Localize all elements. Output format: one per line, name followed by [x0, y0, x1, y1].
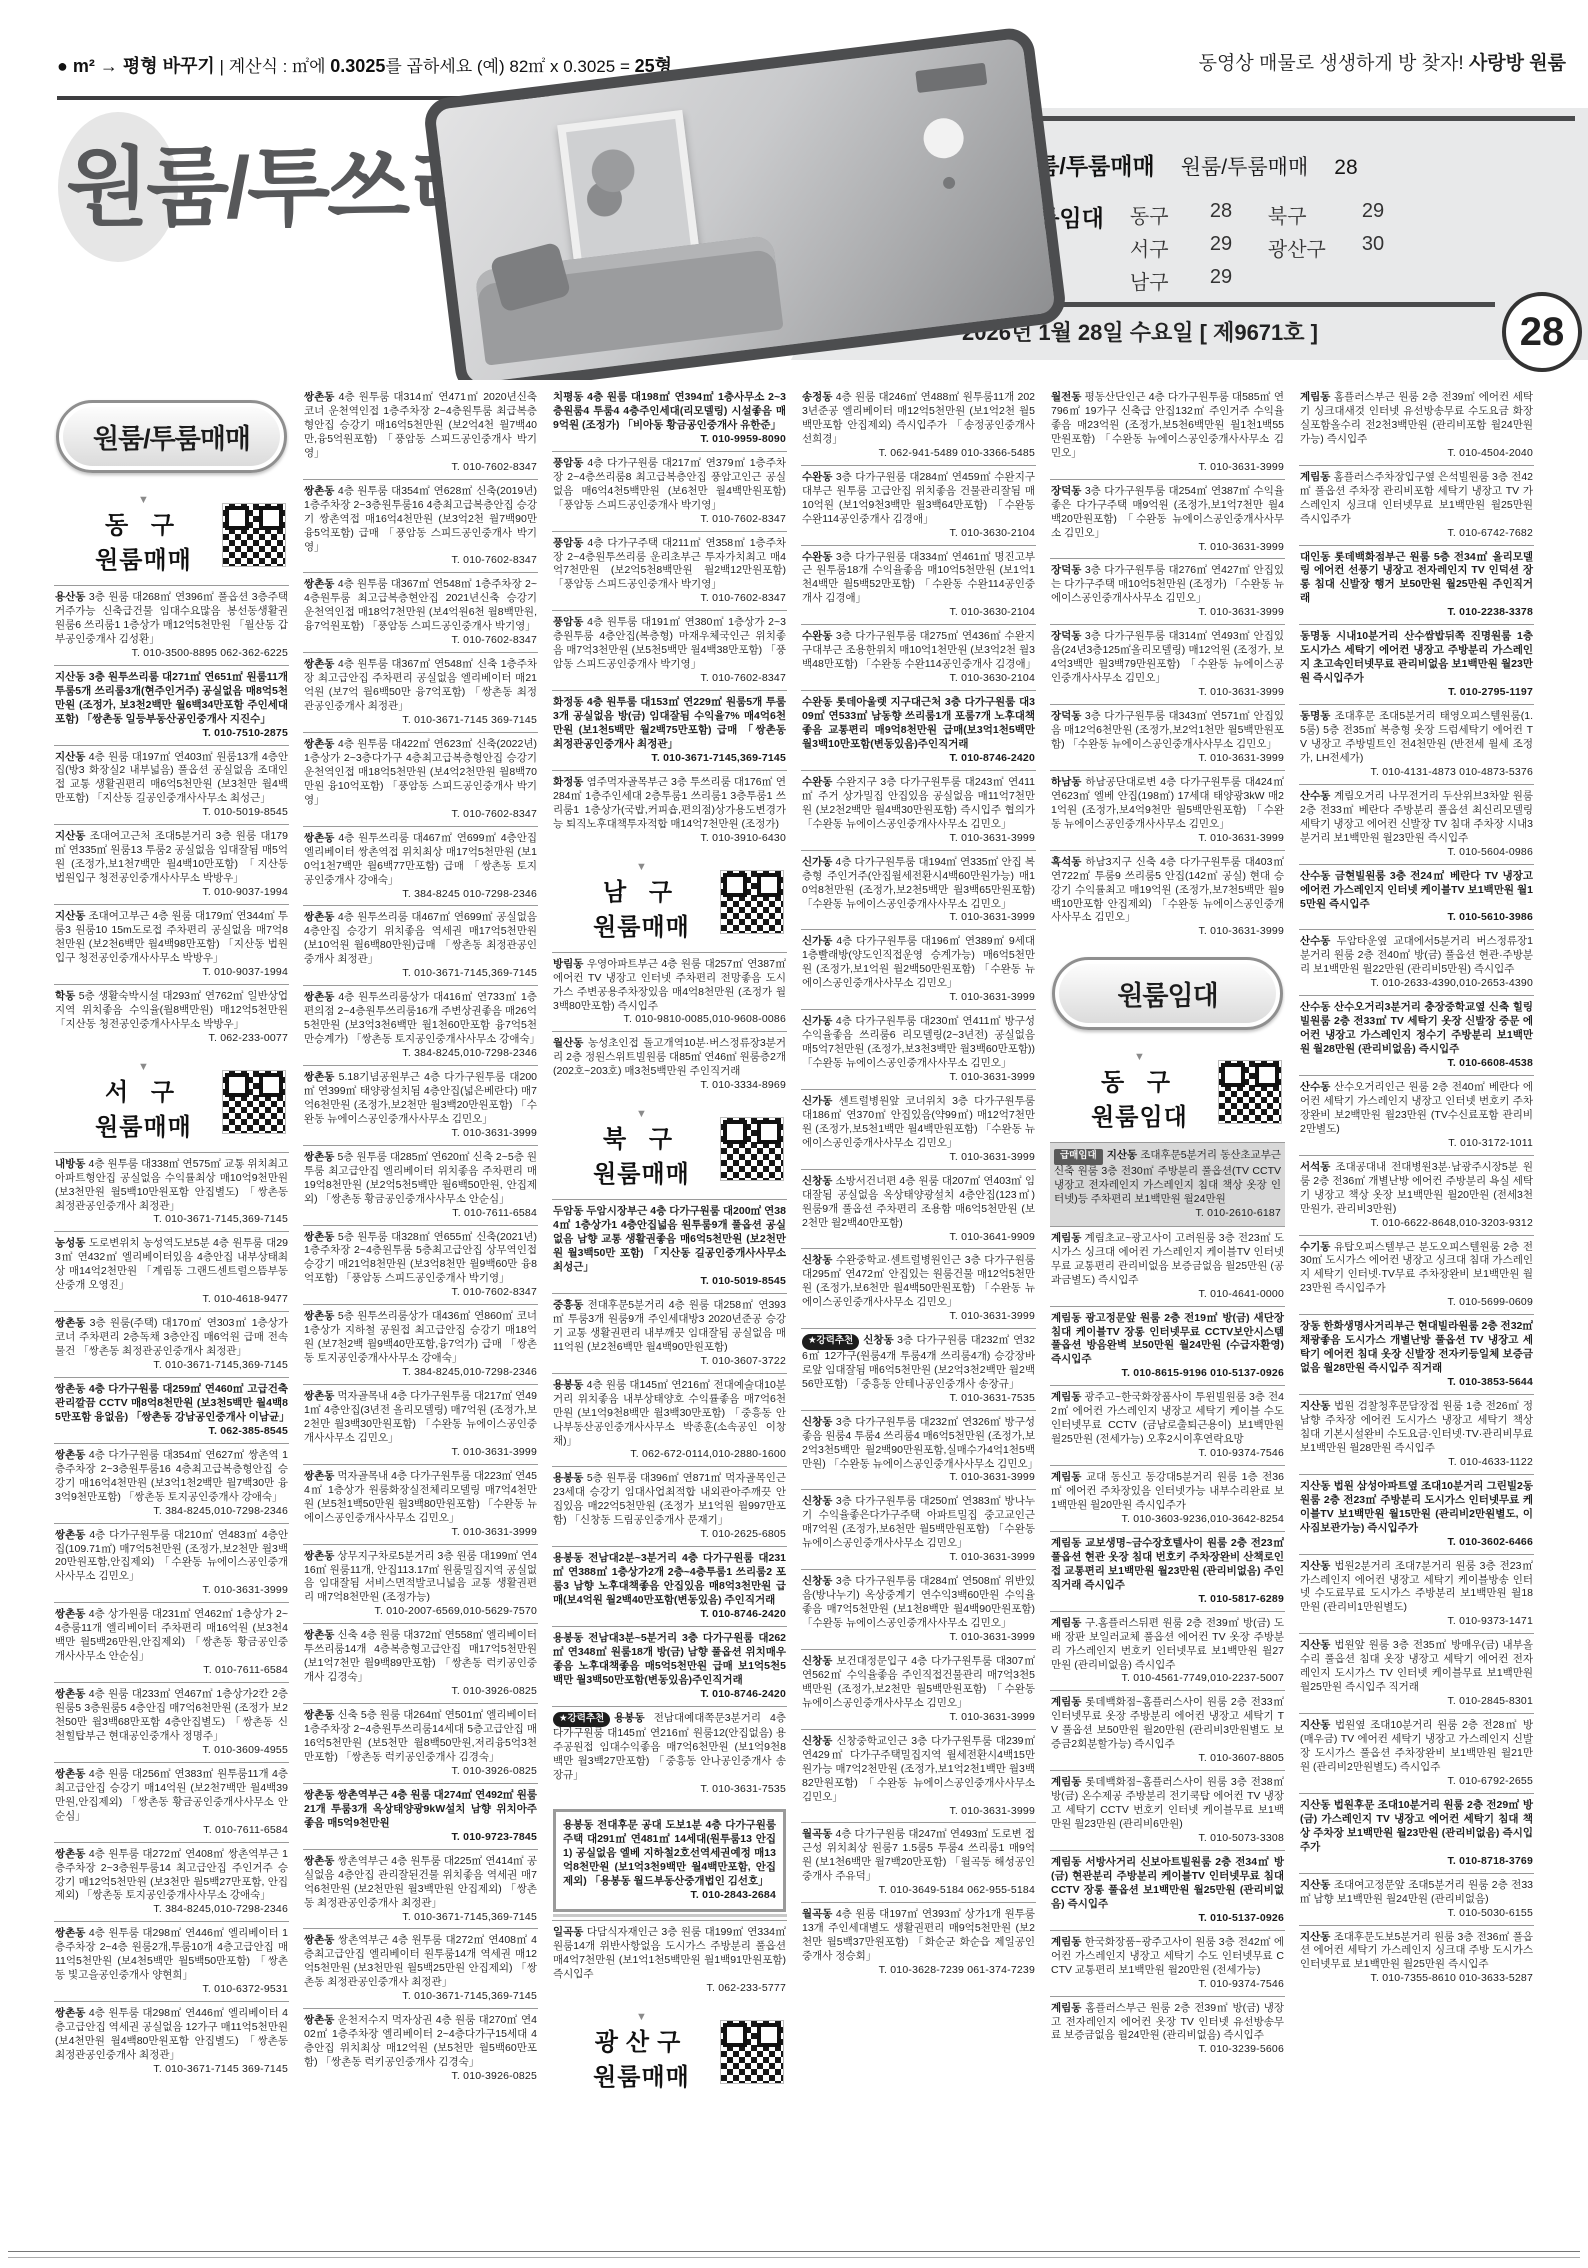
listing-location: 장덕동	[1051, 710, 1081, 722]
formula-number: 0.3025	[330, 56, 385, 76]
listing-phone: T. 010-5610-3986	[1300, 911, 1533, 925]
listing-location: 방림동	[553, 958, 583, 970]
masthead: ● m² → 평형 바꾸기 | 계산식 : ㎡에 0.3025를 곱하세요 (예…	[0, 0, 1588, 380]
listing-location: 내방동	[55, 1158, 85, 1170]
listing-location: 지산동	[55, 830, 85, 842]
listing: 계림동 교대 동신고 동강대5분거리 원룸 1층 전36㎡ 에어컨 주차장있음 …	[1050, 1465, 1285, 1531]
listing-phone: T. 010-3926-0825	[304, 1685, 537, 1699]
room-photo-collage	[422, 26, 1068, 380]
listing: 농성동 도로변위치 농성역도보5분 4층 원투룸 대293㎡ 연432㎡ 엘리베…	[54, 1231, 289, 1311]
listing: 용산동 3층 원룸 대268㎡ 연396㎡ 풀옵션 3층주택거주가능 신축급건물…	[54, 585, 289, 665]
listing: 월산동 농성초인접 돌고개역10분·버스정류장3분거리 2층 정원스위트빌원룸 …	[552, 1031, 787, 1097]
listing: 쌍촌동 먹자골목내 4층 다가구원투룸 대223㎡ 연454㎡ 1층상가 원룸화…	[303, 1464, 538, 1544]
listing-location: 계림동	[1051, 1537, 1081, 1549]
listing: 방림동 우영아파트부근 4층 원룸 대257㎡ 연387㎡ 에어컨 TV 냉장고…	[552, 952, 787, 1032]
listing: 장덕동 3층 다가구원투룸 대254㎡ 연387㎡ 수익율좋은 다가구주택 매9…	[1050, 479, 1285, 559]
listing-phone: T. 010-3631-3999	[802, 1711, 1035, 1725]
listing: 산수동 금현빌원룸 3층 전24㎡ 베란다 TV 냉장고 에어컨 가스레인지 인…	[1299, 864, 1534, 930]
listing: 신가동 4층 다가구원투룸 대230㎡ 연411㎡ 방구성 수익율좋음 쓰리룸6…	[801, 1009, 1036, 1089]
listing-location: 지산동	[1300, 1931, 1330, 1943]
listing-location: 수완동	[802, 630, 832, 642]
listing-phone: T. 010-3172-1011	[1300, 1137, 1533, 1151]
listing: 풍암동 4층 다가구주택 대211㎡ 연358㎡ 1층주차장 2~4층원투쓰리룸…	[552, 531, 787, 611]
listing-phone: T. 062-233-0077	[55, 1032, 288, 1046]
listing-phone: T. 010-3641-9909	[802, 1231, 1035, 1245]
listing-location: 쌍촌동	[304, 1855, 334, 1867]
listing-phone: T. 010-8746-2420	[802, 752, 1035, 766]
listing-phone: T. 010-7355-8610 010-3633-5287	[1300, 1972, 1533, 1986]
promo-plain: 동영상 매물로 생생하게 방 찾자!	[1199, 53, 1469, 74]
column-5: 월전동 평동산단인근 4층 다가구원투룸 대585㎡ 연796㎡ 19가구 신축…	[1050, 386, 1285, 2254]
listing-phone: T. 010-3671-7145,369-7145	[55, 1213, 288, 1227]
listing-phone: T. 010-3926-0825	[304, 1765, 537, 1779]
classifieds-columns: 원룸/투룸매매▼동 구원룸매매용산동 3층 원룸 대268㎡ 연396㎡ 풀옵션…	[0, 380, 1588, 2254]
listing-location: 수완동	[802, 696, 832, 708]
section-pill-label: 원룸/투룸매매	[93, 424, 250, 454]
listing-phone: T. 010-3334-8969	[553, 1079, 786, 1093]
listing-location: 송정동	[802, 391, 832, 403]
listing-location: 수완동	[802, 551, 832, 563]
listing-phone: T. 010-9037-1994	[55, 966, 288, 980]
listing-phone: T. 010-3628-7239 061-374-7239	[802, 1964, 1035, 1978]
listing-phone: T. 010-3239-5606	[1051, 2043, 1284, 2057]
listing-phone: T. 010-7611-6584	[55, 1824, 288, 1838]
listing-phone: T. 010-7611-6584	[55, 1664, 288, 1678]
listing-location: 쌍촌동	[304, 2014, 334, 2026]
listing: 수기동 유탑오피스텔부근 분도오피스텔원룸 2층 전30㎡ 도시가스 에어컨 냉…	[1299, 1235, 1534, 1315]
listing-location: 신창동	[802, 1416, 832, 1428]
qr-code-icon	[1219, 1061, 1281, 1123]
formula-text: | 계산식 : ㎡에	[215, 57, 330, 76]
listing: 서석동 조대공대내 전대병원3분·남광주시장5분 원룸 2층 전36㎡ 개별난방…	[1299, 1155, 1534, 1235]
listing-location: 계림동	[1051, 2002, 1081, 2014]
index-sale-name: 원룸/투룸매매	[1181, 151, 1309, 181]
listing-phone: T. 010-2845-8301	[1300, 1695, 1533, 1709]
listing: 치평동 4층 원룸 대198㎡ 연394㎡ 1층사무소 2~3층원룸4 투룸4 …	[552, 386, 787, 451]
listing-phone: T. 010-2843-2684	[563, 1889, 776, 1903]
listing-location: 쌍촌동	[55, 1768, 85, 1780]
listing-location: 동명동	[1300, 630, 1330, 642]
listing: 쌍촌동 4층 원룸 대256㎡ 연383㎡ 원투룸11개 4층최고급안집 승강기…	[54, 1762, 289, 1842]
section-pill: 원룸/투룸매매	[56, 400, 287, 473]
listing: 쌍촌동 쌍촌역부근 4층 원투룸 대272㎡ 연408㎡ 4층최고급안집 엘리베…	[303, 1928, 538, 2008]
listing: 쌍촌동 4층 원투쓰리룸 대467㎡ 연699㎡ 4층안집 엘리베이터 쌍촌역접…	[303, 826, 538, 906]
listing: 송정동 4층 원룸 대246㎡ 연488㎡ 원투룸11개 2023년준공 엘리베…	[801, 386, 1036, 465]
listing: 신창동 3층 다가구원투룸 대232㎡ 연326㎡ 방구성좋음 원룸4 투룸4 …	[801, 1410, 1036, 1490]
listing-phone: T. 010-9810-0085,010-9608-0086	[553, 1013, 786, 1027]
listing-location: 쌍촌동	[55, 1608, 85, 1620]
listing-location: 신창동	[802, 1254, 832, 1266]
triangle-marker-icon: ▼	[562, 862, 721, 872]
region-category: 원룸매매	[64, 1107, 223, 1142]
listing: 동명동 조대후문 조대5분거리 태영오피스텔원룸(1.5룸) 5층 전35㎡ 복…	[1299, 704, 1534, 784]
listing-phone: T. 062-672-0114,010-2880-1600	[553, 1448, 786, 1462]
listing-location: 치평동	[553, 391, 583, 403]
listing: 쌍촌동 4층 원투룸 대422㎡ 연623㎡ 신축(2022년) 1층상가 2~…	[303, 732, 538, 826]
listing-phone: T. 010-9723-7845	[304, 1831, 537, 1845]
listing-location: 용봉동	[563, 1819, 593, 1831]
listing-location: 풍암동	[553, 537, 583, 549]
listing: 지산동 3층 원투쓰리룸 대271㎡ 연651㎡ 원룸11개 투룸5개 쓰리룸3…	[54, 665, 289, 745]
listing-location: 쌍촌동	[55, 1449, 85, 1461]
listing-location: 계림동	[1300, 391, 1330, 403]
listing: 신창동 3층 다가구원투룸 대284㎡ 연508㎡ 위반있음(방나누기) 옥상중…	[801, 1569, 1036, 1649]
region-district: 북 구	[562, 1119, 721, 1154]
listing: 산수동 두암타운옆 교대에서5분거리 버스정류장1분거리 원룸 2층 전40㎡ …	[1299, 929, 1534, 995]
listing: 용봉동 4층 원룸 대145㎡ 연216㎡ 전대예술대10분거리 위치좋음 내부…	[552, 1373, 787, 1467]
listing-phone: T. 384-8245,010-7298-2346	[304, 1047, 537, 1061]
listing: 학동 5층 생활숙박시설 대293㎡ 연762㎡ 일반상업지역 위치좋음 수익율…	[54, 984, 289, 1050]
listing-phone: T. 010-3630-2104	[802, 527, 1035, 541]
listing-location: 쌍촌동	[304, 832, 334, 844]
listing: 쌍촌동 운천저수지 먹자상권 4층 원룸 대270㎡ 연402㎡ 1층주차장 엘…	[303, 2008, 538, 2088]
region-header: ▼북 구원룸매매	[552, 1097, 787, 1199]
listing-location: 화정동	[553, 776, 583, 788]
listing-location: 신창동	[863, 1334, 893, 1346]
listing: 동명동 시내10분거리 산수쌈밥뒤쪽 진명원룸 1층 도시가스 세탁기 에어컨 …	[1299, 624, 1534, 704]
listing: 신창동 보건대정문입구 4층 다가구원투룸 대307㎡ 연562㎡ 수익율좋음 …	[801, 1649, 1036, 1729]
listing: 쌍촌동 4층 원룸 대233㎡ 연467㎡ 1층상가2칸 2층원룸5 3층원룸5…	[54, 1682, 289, 1762]
listing-location: 산수동	[1300, 935, 1330, 947]
listing: 쌍촌동 5.18기념공원부근 4층 다가구원투룸 대200㎡ 연399㎡ 태양광…	[303, 1065, 538, 1145]
listing: 계림동 광고정문앞 원룸 2층 전19㎡ 방(금) 새단장 침대 케이블TV 장…	[1050, 1306, 1285, 1386]
listing-location: 쌍촌동	[55, 1688, 85, 1700]
listing: 계림동 광주고~한국화장품사이 투윈빌원룸 3층 전42㎡ 에어컨 가스레인지 …	[1050, 1385, 1285, 1465]
listing: 산수동 산수오거리인근 원룸 2층 전40㎡ 베란다 에어컨 세탁기 가스레인지…	[1299, 1075, 1534, 1155]
column-1: 원룸/투룸매매▼동 구원룸매매용산동 3층 원룸 대268㎡ 연396㎡ 풀옵션…	[54, 386, 289, 2254]
listing: 신창동 3층 다가구원투룸 대250㎡ 연383㎡ 방나누기 수익율좋은다가구주…	[801, 1489, 1036, 1569]
region-category: 원룸매매	[64, 540, 223, 575]
region-title: ▼북 구원룸매매	[562, 1109, 721, 1189]
listing-phone: T. 010-7602-8347	[553, 513, 786, 527]
listing-phone: T. 010-2625-6805	[553, 1528, 786, 1542]
listing-phone: T. 010-3607-3722	[553, 1355, 786, 1369]
listing-phone: T. 010-3671-7145,369-7145	[55, 1359, 288, 1373]
region-title: ▼서 구원룸매매	[64, 1062, 223, 1142]
listing-location: 학동	[55, 990, 75, 1002]
listing-location: 농성동	[55, 1237, 85, 1249]
region-category: 원룸임대	[1060, 1097, 1219, 1132]
listing-location: 쌍촌동	[304, 1629, 334, 1641]
listing-location: 용봉동	[614, 1712, 644, 1724]
listing: 장덕동 3층 다가구원투룸 대343㎡ 연571㎡ 안집있음 매12억6천만원 …	[1050, 704, 1285, 770]
promo-text: 동영상 매물로 생생하게 방 찾자! 사랑방 원룸	[1199, 48, 1566, 75]
qr-code-icon	[223, 1071, 285, 1133]
region-title: ▼남 구원룸매매	[562, 862, 721, 942]
listing: 화정동 4층 원투룸 대153㎡ 연229㎡ 원룸5개 투룸3개 공실없음 방(…	[552, 690, 787, 770]
listing: 지산동 4층 원룸 대197㎡ 연403㎡ 원룸13개 4층안집(방3 화장실2…	[54, 745, 289, 825]
listing-phone: T. 010-3926-0825	[304, 2070, 537, 2084]
listing: 쌍촌동 4층 원투룸 대272㎡ 연408㎡ 쌍촌역부근 1층주차장 2~3층원…	[54, 1842, 289, 1922]
listing: 쌍촌동 4층 원투룸 대367㎡ 연548㎡ 신축 1층주차장 최고급안집 주차…	[303, 652, 538, 732]
index-sale-row: 원룸/투룸매매 원룸/투룸매매 28	[1015, 148, 1358, 181]
urgent-lease-badge: 급매임대	[1054, 1149, 1103, 1165]
listing-phone: T. 010-6622-8648,010-3203-9312	[1300, 1217, 1533, 1231]
district-name: 남구	[1130, 266, 1192, 295]
listing-phone: T. 010-3630-2104	[802, 606, 1035, 620]
listing: 계림동 한국화장품~광주고사이 원룸 3층 전42㎡ 에어컨 가스레인지 냉장고…	[1050, 1930, 1285, 1996]
listing-location: 지산동	[55, 910, 85, 922]
district-page: 28	[1210, 200, 1250, 229]
conversion-formula: ● m² → 평형 바꾸기 | 계산식 : ㎡에 0.3025를 곱하세요 (예…	[57, 52, 672, 78]
listing-phone: T. 010-3671-7145,369-7145	[304, 1911, 537, 1925]
listing: 계림동 구.홈플러스뒤편 원룸 2층 전39㎡ 방(금) 도배 장판 보일러교체…	[1050, 1611, 1285, 1691]
listing-location: 하남동	[1051, 776, 1081, 788]
listing-location: 지산동	[1300, 1560, 1330, 1572]
listing-phone: T. 010-3671-7145 369-7145	[55, 2063, 288, 2077]
region-district: 동 구	[64, 505, 223, 540]
listing-location: 용봉동	[553, 1552, 583, 1564]
listing-location: 신가동	[802, 935, 832, 947]
listing: ★강력추천용봉동 전남대예대쪽문3분거리 4층 다가구원룸 대145㎡ 연216…	[552, 1706, 787, 1801]
listing-phone: T. 010-6792-2655	[1300, 1775, 1533, 1789]
listing: 쌍촌동 신축 4층 원룸 대372㎡ 연558㎡ 엘리베이터 투쓰리룸14개 4…	[303, 1623, 538, 1703]
listing-phone: T. 010-7602-8347	[553, 672, 786, 686]
listing-phone: T. 010-3631-3999	[802, 1310, 1035, 1324]
region-district: 광산구	[562, 2022, 721, 2057]
listing-location: 지산동	[55, 751, 85, 763]
listing-location: 일곡동	[553, 1926, 583, 1938]
listing-phone: T. 010-3631-3999	[304, 1526, 537, 1540]
listing: 월전동 평동산단인근 4층 다가구원투룸 대585㎡ 연796㎡ 19가구 신축…	[1050, 386, 1285, 479]
listing-location: 계림동	[1051, 1936, 1081, 1948]
listing-phone: T. 010-3631-3999	[802, 911, 1035, 925]
district-page: 29	[1362, 200, 1402, 229]
listing: 신가동 센트럴병원앞 코너위치 3층 다가구원투룸 대186㎡ 연370㎡ 안집…	[801, 1089, 1036, 1169]
listing-phone: T. 010-4641-0000	[1051, 1288, 1284, 1302]
listing-phone: T. 010-3630-2104	[802, 672, 1035, 686]
triangle-marker-icon: ▼	[562, 1109, 721, 1119]
region-district: 서 구	[64, 1072, 223, 1107]
listing-location: 쌍촌동	[304, 1071, 334, 1083]
listing-phone: T. 010-3607-8805	[1051, 1752, 1284, 1766]
listing-phone: T. 010-3631-3999	[1051, 541, 1284, 555]
listing-phone: T. 010-3631-3999	[304, 1446, 537, 1460]
triangle-marker-icon: ▼	[64, 495, 223, 505]
listing: 수완동 3층 다가구원룸 대334㎡ 연461㎡ 명진고부근 원투룸18개 수익…	[801, 545, 1036, 625]
listing-location: 지산동	[1300, 1719, 1330, 1731]
listing-location: 동명동	[1300, 710, 1330, 722]
qr-code-icon	[721, 2021, 783, 2083]
district-page: 29	[1210, 266, 1250, 295]
listing: 계림동 홈플러스부근 원룸 2층 전39㎡ 에어컨 세탁기 싱크대새것 인터넷 …	[1299, 386, 1534, 465]
listing: 계림동 롯데백화점~홈플러스사이 원룸 3층 전38㎡ 방(금) 온수제공 주방…	[1050, 1770, 1285, 1850]
listing-location: 용봉동	[553, 1632, 583, 1644]
listing-location: 풍암동	[553, 616, 583, 628]
listing-phone: T. 010-5030-6155	[1300, 1907, 1533, 1921]
district-page: 30	[1362, 233, 1402, 262]
listing: 신창동 수완중학교·센트럴병원인근 3층 다가구원룸 대295㎡ 연472㎡ 안…	[801, 1248, 1036, 1328]
listing-phone: T. 010-7602-8347	[304, 554, 537, 568]
listing-phone: T. 010-3649-5184 062-955-5184	[802, 1884, 1035, 1898]
column-3: 치평동 4층 원룸 대198㎡ 연394㎡ 1층사무소 2~3층원룸4 투룸4 …	[552, 386, 787, 2254]
listing: 풍암동 4층 원투룸 대191㎡ 연380㎡ 1층상가 2~3층원투룸 4층안집…	[552, 610, 787, 690]
listing: 쌍촌동 4층 원투룸 대354㎡ 연628㎡ 신축(2019년) 1층주차장 2…	[303, 479, 538, 573]
listing: 쌍촌동 먹자골목내 4층 다가구원투룸 대217㎡ 연491㎡ 4층안집(3년전…	[303, 1384, 538, 1464]
listing-phone: T. 062-385-8545	[55, 1425, 288, 1439]
listing: 계림동 홈플러스주차장입구옆 은석빌원룸 3층 전42㎡ 풀옵션 주차장 관리비…	[1299, 465, 1534, 545]
region-category: 원룸매매	[562, 907, 721, 942]
listing-location: 월곡동	[802, 1828, 832, 1840]
listing: 지산동 조대여고근처 조대5분거리 3층 원룸 대179㎡ 연335㎡ 원룸13…	[54, 824, 289, 904]
listing-phone: T. 010-3631-3999	[304, 1127, 537, 1141]
region-title: ▼동 구원룸매매	[64, 495, 223, 575]
listing: 쌍촌동 5층 원투룸 대285㎡ 연620㎡ 신축 2~5층 원투룸 최고급안집…	[303, 1145, 538, 1225]
listing-phone: T. 010-6372-9531	[55, 1983, 288, 1997]
listing: 지산동 조대여고정문앞 조대5분거리 원룸 2층 전33㎡ 남향 보1백만원 월…	[1299, 1873, 1534, 1925]
listing-location: 서석동	[1300, 1161, 1330, 1173]
formula-bold: ● m² → 평형 바꾸기	[57, 56, 215, 76]
region-header: ▼동 구원룸매매	[54, 483, 289, 585]
listing-phone: T. 010-3631-3999	[802, 1551, 1035, 1565]
listing-phone: T. 010-3631-7535	[802, 1392, 1035, 1406]
listing-location: 흑석동	[1051, 856, 1081, 868]
region-header: ▼광산구원룸매매	[552, 2000, 787, 2102]
listing-location: 신가동	[802, 1015, 832, 1027]
listing-location: 용산동	[55, 591, 85, 603]
listing-location: 지산동	[1300, 1480, 1330, 1492]
listing: 쌍촌동 4층 원투룸 대367㎡ 연548㎡ 1층주차장 2~4층원투룸 최고급…	[303, 572, 538, 652]
listing: 지산동 법원2분거리 조대7분거리 원룸 3층 전23㎡ 가스레인지 에어컨 냉…	[1299, 1554, 1534, 1634]
listing-phone: T. 010-3671-7145,369-7145	[304, 967, 537, 981]
listing-phone: T. 010-5019-8545	[55, 806, 288, 820]
listing-location: 쌍촌동	[55, 2007, 85, 2019]
listing-location: 신창동	[802, 1495, 832, 1507]
listing-location: 계림동	[1051, 1391, 1081, 1403]
qr-code-icon	[721, 1118, 783, 1180]
region-header: ▼동 구원룸임대	[1050, 1040, 1285, 1142]
listing-location: 중흥동	[553, 1299, 583, 1311]
listing-location: 두암동	[553, 1205, 583, 1217]
formula-example: 를 곱하세요 (예) 82㎡ x 0.3025 =	[385, 57, 634, 76]
listing: 신창동 신창중학교인근 3층 다가구원투룸 대239㎡ 연429㎡ 다가구주택밀…	[801, 1729, 1036, 1823]
listing: 쌍촌동 쌍촌역부근 4층 원투룸 대225㎡ 연414㎡ 공실없음 4층안집 관…	[303, 1849, 538, 1929]
listing-phone: T. 010-7602-8347	[304, 1286, 537, 1300]
listing-location: 쌍촌동	[55, 1383, 85, 1395]
listing: 내방동 4층 원투룸 대338㎡ 연575㎡ 교통 위치최고 아파트형안집 공실…	[54, 1152, 289, 1232]
listing-location: 쌍촌동	[304, 391, 334, 403]
listing-location: 지산동	[55, 671, 85, 683]
listing-location: 지산동	[1300, 1879, 1330, 1891]
listing: 수완동 3층 다가구원투룸 대275㎡ 연436㎡ 수완지구대부근 조용한위치 …	[801, 624, 1036, 690]
listing: 산수동 산수오거리3분거리 충장중학교옆 신축 힐링빌원룸 2층 전33㎡ TV…	[1299, 995, 1534, 1075]
listing-location: 쌍촌동	[304, 578, 334, 590]
listing-location: 계림동	[1051, 1856, 1081, 1868]
region-district: 남 구	[562, 872, 721, 907]
listing: 계림동 홈플러스부근 원룸 2층 전39㎡ 방(금) 냉장고 전자레인지 에어컨…	[1050, 1996, 1285, 2062]
listing: 쌍촌동 3층 원룸(주택) 대170㎡ 연303㎡ 1층상가 코너 주차편리 2…	[54, 1311, 289, 1377]
listing-location: 계림동	[1300, 471, 1330, 483]
listing-location: 계림동	[1051, 1471, 1081, 1483]
listing: 계림동 롯데백화점~홈플러스사이 원룸 2층 전33㎡ 인터넷무료 옷장 주방분…	[1050, 1690, 1285, 1770]
listing-phone: T. 010-3631-3999	[802, 1631, 1035, 1645]
listing-location: 신창동	[802, 1175, 832, 1187]
listing-location: 계림동	[1051, 1776, 1081, 1788]
column-4: 송정동 4층 원룸 대246㎡ 연488㎡ 원투룸11개 2023년준공 엘리베…	[801, 386, 1036, 2254]
listing: 계림동 서방사거리 신보아트빌원룸 2층 전34㎡ 방(금) 현관분리 주방분리…	[1050, 1850, 1285, 1930]
index-district-grid: 동구28 북구29 서구29 광산구30 남구29	[1130, 200, 1402, 295]
listing-location: 쌍촌동	[304, 1550, 334, 1562]
listing: 지산동 법원옆 조대10분거리 원룸 2층 전28㎡ 방(매우금) TV 에어컨…	[1299, 1713, 1534, 1793]
listing: 쌍촌동 4층 원투룸 대314㎡ 연471㎡ 2020년신축 코너 운천역인접 …	[303, 386, 538, 479]
listing-phone: T. 010-3500-8895 062-362-6225	[55, 647, 288, 661]
listing-phone: T. 010-3631-3999	[1051, 752, 1284, 766]
listing-phone: T. 062-941-5489 010-3366-5485	[802, 447, 1035, 461]
listing: 장동 한화생명사거리부근 현대빌라원룸 2층 전32㎡ 채광좋음 도시가스 개별…	[1299, 1314, 1534, 1394]
listing-location: 쌍촌동	[304, 1310, 334, 1322]
recommend-badge: ★강력추천	[553, 1712, 610, 1728]
listing-phone: T. 010-7602-8347	[304, 461, 537, 475]
listing-phone: T. 010-3631-3999	[802, 1471, 1035, 1485]
region-header: ▼남 구원룸매매	[552, 850, 787, 952]
listing-location: 수완동	[802, 776, 832, 788]
listing: 장덕동 3층 다가구원투룸 대276㎡ 연427㎡ 안집있는 다가구주택 매10…	[1050, 558, 1285, 624]
listing-phone: T. 010-2633-4390,010-2653-4390	[1300, 977, 1533, 991]
listing: 지산동 법원후문 조대10분거리 원룸 2층 전29㎡ 방(금) 가스레인지 T…	[1299, 1793, 1534, 1873]
listing-location: 수완동	[802, 471, 832, 483]
listing-location: 산수동	[1300, 870, 1330, 882]
listing: 급매임대지산동 조대후문5분거리 동산초교부근 신축 원룸 3층 전30㎡ 주방…	[1050, 1142, 1285, 1225]
listing: 쌍촌동 4층 다가구원룸 대259㎡ 연460㎡ 고급건축 관리깔끔 CCTV …	[54, 1377, 289, 1443]
qr-code-icon	[721, 871, 783, 933]
listing-phone: T. 010-5604-0986	[1300, 846, 1533, 860]
listing-location: 신가동	[802, 1095, 832, 1107]
listing-phone: T. 010-3631-7535	[553, 1783, 786, 1797]
listing: 하남동 하남공단대로변 4층 다가구원투룸 대424㎡ 연623㎡ 엘베 안집(…	[1050, 770, 1285, 850]
district-name: 광산구	[1268, 233, 1344, 262]
listing-location: 쌍촌동	[55, 1529, 85, 1541]
listing-location: 산수동	[1300, 1001, 1330, 1013]
listing: 산수동 계림오거리 나무전거리 두산위브3차앞 원룸 2층 전33㎡ 베란다 주…	[1299, 784, 1534, 864]
listing-location: 쌍촌동	[304, 1151, 334, 1163]
listing-location: 산수동	[1300, 1081, 1330, 1093]
listing-phone: T. 010-3910-6430	[553, 832, 786, 846]
bottom-rule	[8, 2251, 1580, 2258]
listing: 용봉동 5층 원투룸 대396㎡ 연871㎡ 먹자골목인근 23세대 승강기 임…	[552, 1466, 787, 1546]
listing-phone: T. 010-4561-7749,010-2237-5007	[1051, 1672, 1284, 1686]
listing-phone: T. 010-3631-3999	[1051, 606, 1284, 620]
listing-phone: T. 010-9374-7546	[1051, 1978, 1284, 1992]
listing-phone: T. 010-3631-3999	[1051, 686, 1284, 700]
listing-location: 월산동	[553, 1037, 583, 1049]
listing: 용봉동 전남대2분~3분거리 4층 다가구원룸 대231㎡ 연388㎡ 1층상가…	[552, 1546, 787, 1626]
listing-location: 장덕동	[1051, 485, 1081, 497]
listing: 용봉동 전대후문 공대 도보1분 4층 다가구원룸주택 대291㎡ 연481㎡ …	[553, 1809, 786, 1912]
district-name: 동구	[1130, 200, 1192, 229]
region-title: ▼광산구원룸매매	[562, 2012, 721, 2092]
listing-location: 쌍촌동	[304, 1934, 334, 1946]
listing-phone: T. 010-6742-7682	[1300, 527, 1533, 541]
listing: 쌍촌동 쌍촌역부근 4층 원룸 대274㎡ 연492㎡ 원룸21개 투룸3개 옥…	[303, 1783, 538, 1849]
listing: 대인동 롯데백화점부근 원룸 5층 전34㎡ 올리모델링 에어컨 선풍기 냉장고…	[1299, 545, 1534, 625]
listing-phone: T. 010-4131-4873 010-4873-5376	[1300, 766, 1533, 780]
listing-phone: T. 010-3631-3999	[802, 832, 1035, 846]
listing-phone: T. 010-5019-8545	[553, 1275, 786, 1289]
listing-location: 용봉동	[553, 1379, 583, 1391]
listing: 쌍촌동 4층 다가구원투룸 대210㎡ 연483㎡ 4층안집(109.71㎡) …	[54, 1523, 289, 1603]
listing-location: 쌍촌동	[304, 911, 334, 923]
listing: 계림동 계림초교~광고사이 고려원룸 3층 전23㎡ 도시가스 싱크대 에어컨 …	[1050, 1226, 1285, 1306]
listing-location: 장동	[1300, 1320, 1320, 1332]
listing: 수완동 롯데아울렛 지구대근처 3층 다가구원룸 대309㎡ 연533㎡ 남동향…	[801, 690, 1036, 770]
listing-location: 계림동	[1051, 1232, 1081, 1244]
region-category: 원룸매매	[562, 2057, 721, 2092]
listing: ★강력추천신창동 3층 다가구원룸 대232㎡ 연326㎡ 12가구(원룸4개 …	[801, 1328, 1036, 1409]
listing-phone: T. 010-9374-7546	[1051, 1447, 1284, 1461]
listing-phone: T. 010-4504-2040	[1300, 447, 1533, 461]
listing-phone: T. 010-4633-1122	[1300, 1456, 1533, 1470]
listing-location: 장덕동	[1051, 630, 1081, 642]
